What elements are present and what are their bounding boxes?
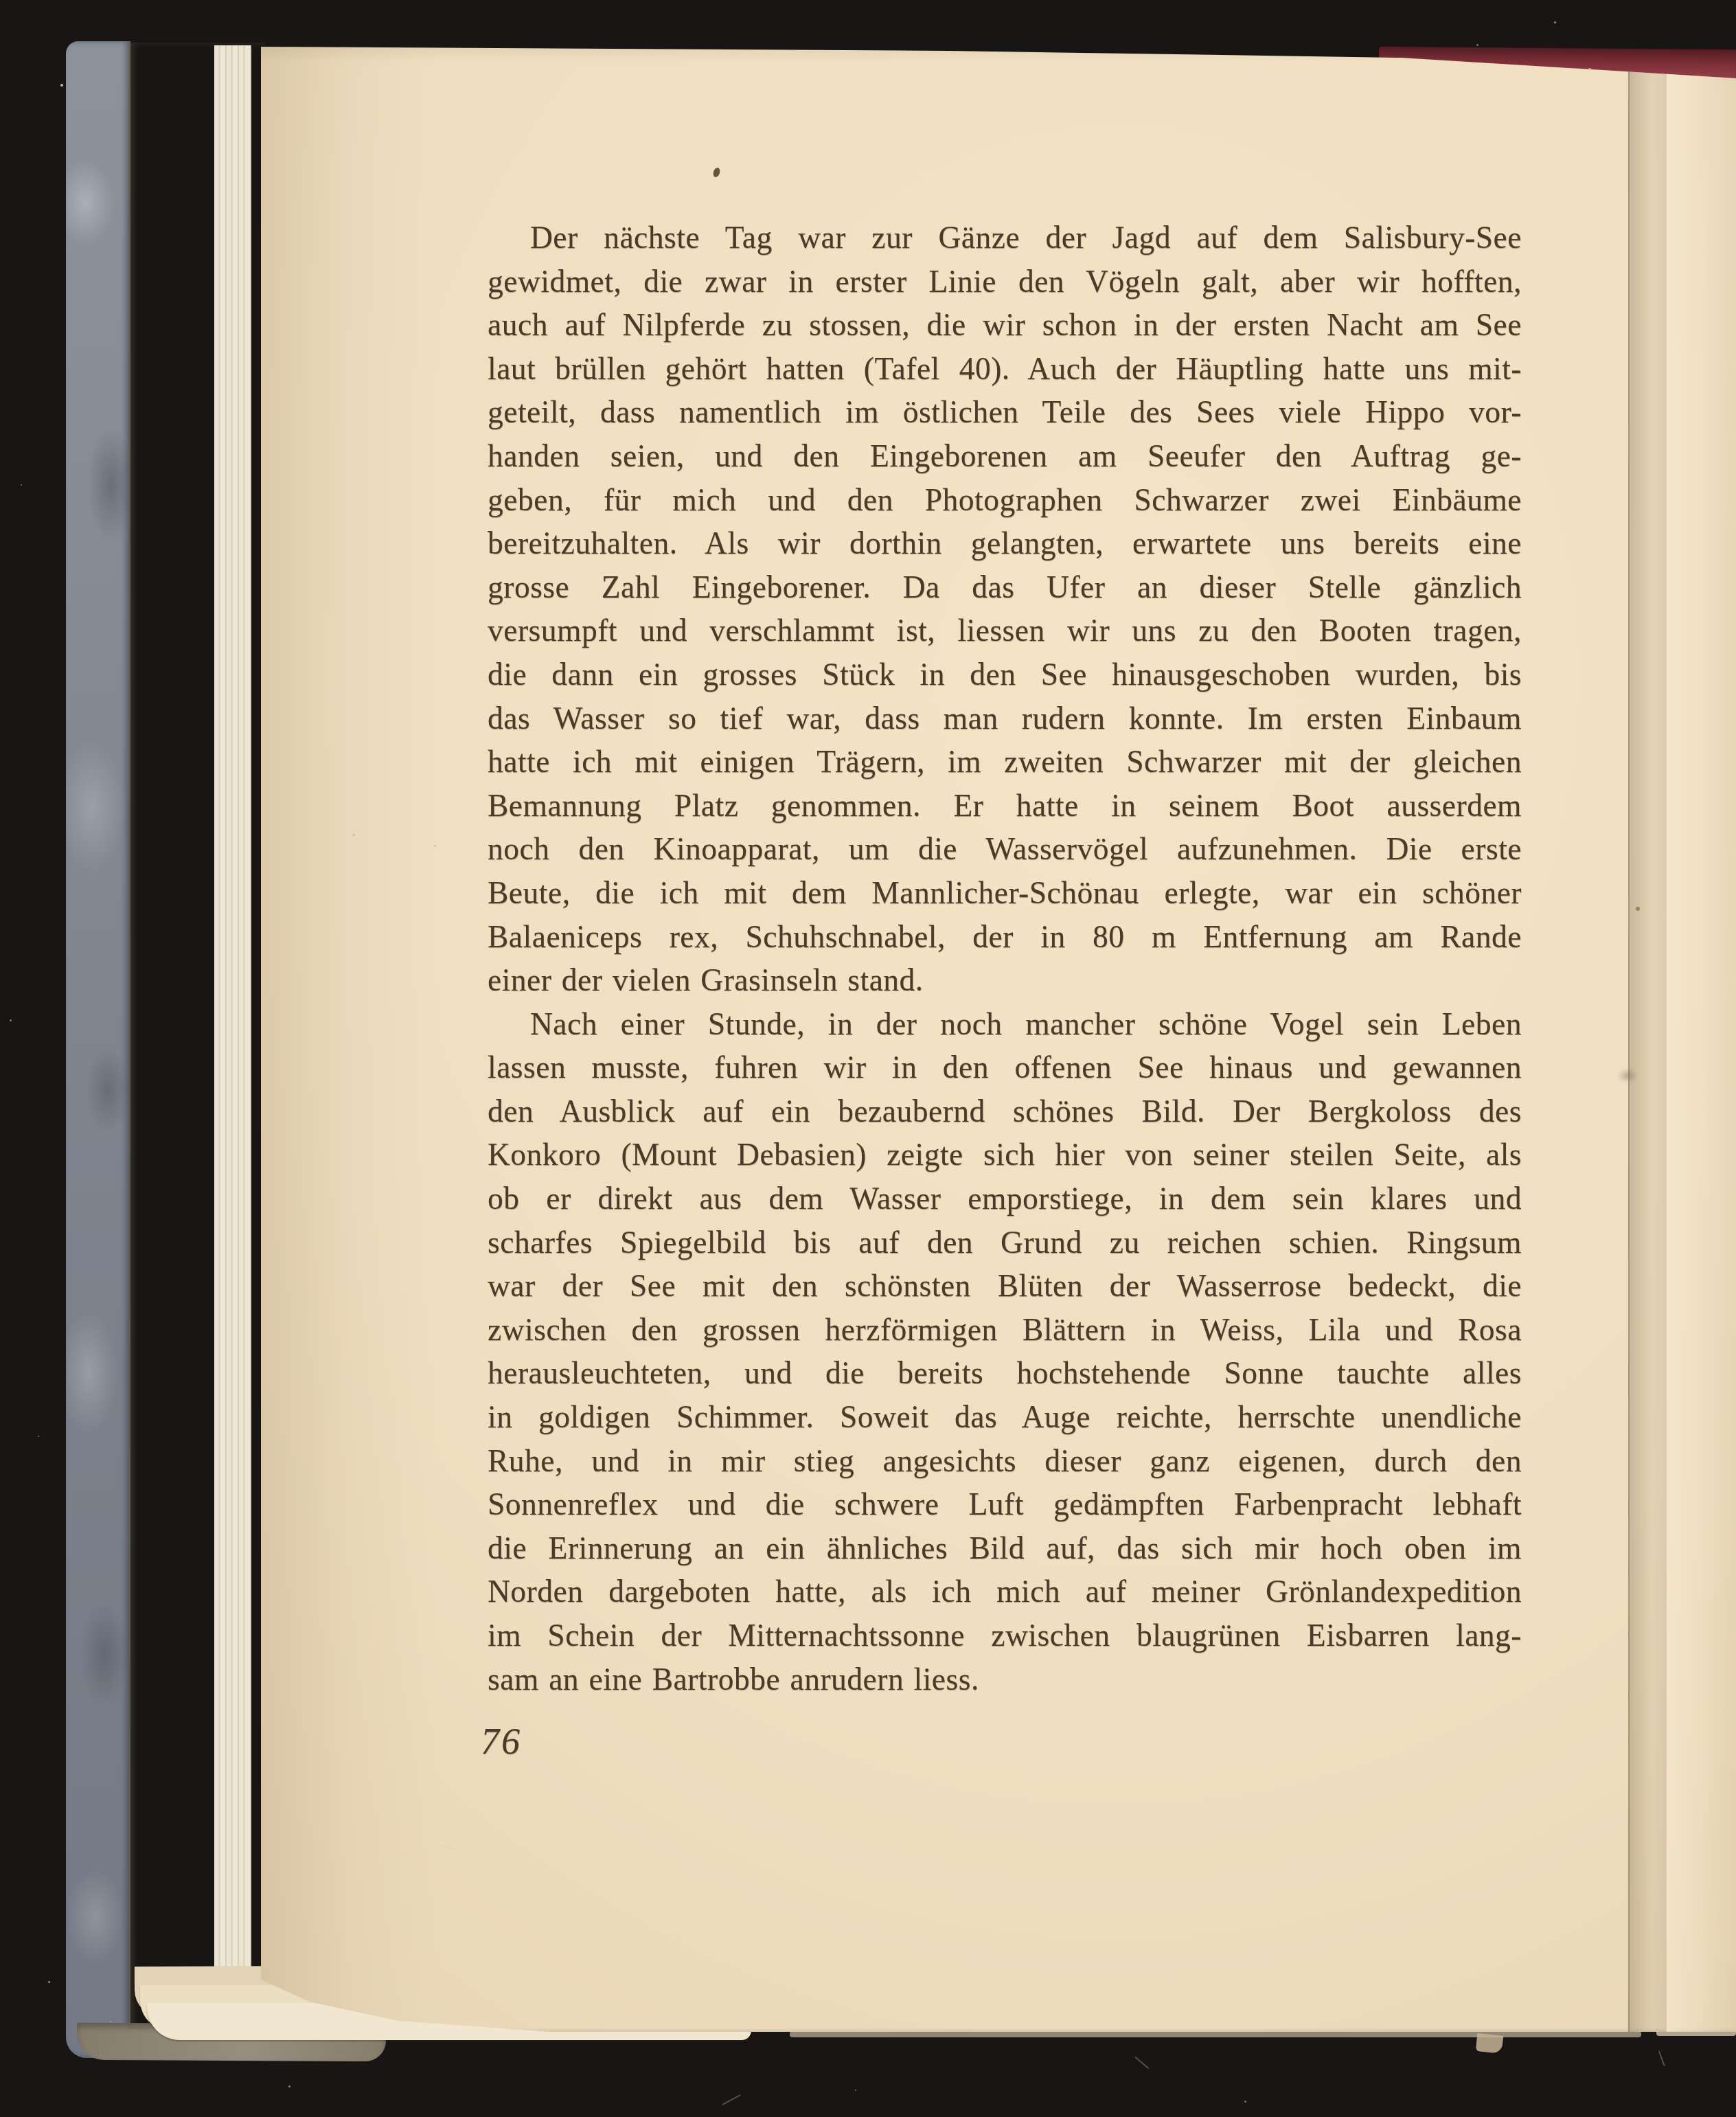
smudge-mark <box>1617 1069 1638 1083</box>
text-line: herausleuchteten, und die bereits hochst… <box>488 1351 1522 1395</box>
dust-speck <box>60 84 63 87</box>
text-line: Der nächste Tag war zur Gänze der Jagd a… <box>488 216 1522 260</box>
dust-speck <box>855 2090 856 2091</box>
text-line: Nach einer Stunde, in der noch mancher s… <box>488 1002 1522 1046</box>
text-line: sam an eine Bartrobbe anrudern liess. <box>488 1657 1522 1701</box>
text-line: zwischen den grossen herzförmigen Blätte… <box>488 1308 1522 1352</box>
dust-speck <box>1244 2101 1246 2103</box>
text-line: scharfes Spiegelbild bis auf den Grund z… <box>488 1221 1522 1265</box>
under-page-edge <box>790 2031 1641 2037</box>
page-number: 76 <box>481 1720 522 1763</box>
text-line: in goldigen Schimmer. Soweit das Auge re… <box>488 1395 1522 1439</box>
text-line: auch auf Nilpferde zu stossen, die wir s… <box>488 303 1522 347</box>
text-line: hatte ich mit einigen Trägern, im zweite… <box>488 740 1522 784</box>
text-line: bereitzuhalten. Als wir dorthin gelangte… <box>488 521 1522 565</box>
dust-speck <box>1588 68 1591 71</box>
gutter-shadow <box>1630 40 1667 2035</box>
dust-fiber <box>722 2094 740 2105</box>
dust-speck <box>21 484 22 486</box>
page-fore-edge-stack <box>128 43 265 2029</box>
text-block: Der nächste Tag war zur Gänze der Jagd a… <box>488 216 1522 1701</box>
text-line: war der See mit den schönsten Blüten der… <box>488 1264 1522 1308</box>
photo-of-open-book: Der nächste Tag war zur Gänze der Jagd a… <box>0 0 1736 2117</box>
text-line: geteilt, dass namentlich im östlichen Te… <box>488 390 1522 434</box>
dust-speck <box>288 2085 290 2087</box>
text-line: handen seien, und den Eingeborenen am Se… <box>488 434 1522 478</box>
text-line: geben, für mich und den Photographen Sch… <box>488 478 1522 522</box>
dust-fiber <box>1658 2050 1665 2066</box>
paper-fleck <box>352 834 355 836</box>
dust-speck <box>38 1436 39 1437</box>
text-line: ob er direkt aus dem Wasser emporstiege,… <box>488 1177 1522 1221</box>
text-line: die Erinnerung an ein ähnliches Bild auf… <box>488 1526 1522 1570</box>
paper-fleck <box>434 845 436 847</box>
dust-speck <box>48 1981 50 1983</box>
text-line: Balaeniceps rex, Schuhschnabel, der in 8… <box>488 915 1522 959</box>
text-line: versumpft und verschlammt ist, liessen w… <box>488 609 1522 653</box>
dust-fiber <box>1135 2057 1150 2069</box>
paper-fleck <box>1636 907 1640 911</box>
dust-speck <box>1476 44 1478 46</box>
ink-spot <box>712 167 721 178</box>
text-line: im Schein der Mitternachtssonne zwischen… <box>488 1614 1522 1657</box>
text-line: noch den Kinoapparat, um die Wasservögel… <box>488 827 1522 871</box>
text-line: einer der vielen Grasinseln stand. <box>488 958 1522 1002</box>
text-line: die dann ein grosses Stück in den See hi… <box>488 653 1522 697</box>
text-line: gewidmet, die zwar in erster Linie den V… <box>488 260 1522 304</box>
text-line: Ruhe, und in mir stieg angesichts dieser… <box>488 1439 1522 1483</box>
text-line: das Wasser so tief war, dass man rudern … <box>488 697 1522 740</box>
text-line: laut brüllen gehört hatten (Tafel 40). A… <box>488 347 1522 391</box>
text-line: Norden dargeboten hatte, als ich mich au… <box>488 1570 1522 1614</box>
dust-speck <box>10 1019 12 1021</box>
text-line: Konkoro (Mount Debasien) zeigte sich hie… <box>488 1133 1522 1177</box>
text-line: Sonnenreflex und die schwere Luft gedämp… <box>488 1482 1522 1526</box>
binding-shadow <box>261 40 439 2035</box>
book-page: Der nächste Tag war zur Gänze der Jagd a… <box>261 40 1736 2035</box>
text-line: lassen musste, fuhren wir in den offenen… <box>488 1045 1522 1089</box>
text-line: Beute, die ich mit dem Mannlicher-Schöna… <box>488 871 1522 915</box>
text-line: den Ausblick auf ein bezaubernd schönes … <box>488 1089 1522 1133</box>
facing-page-edge <box>1667 40 1736 2035</box>
gutter-crease <box>1628 40 1630 2035</box>
dust-speck <box>1554 21 1556 23</box>
dust-speck <box>110 2021 111 2022</box>
dust-speck <box>676 1934 678 1936</box>
page-edge-highlight <box>214 45 251 2024</box>
text-line: Bemannung Platz genommen. Er hatte in se… <box>488 784 1522 828</box>
torn-paper-tab <box>1476 2033 1504 2054</box>
book-cover-fore-edge <box>66 41 130 2058</box>
text-line: grosse Zahl Eingeborener. Da das Ufer an… <box>488 565 1522 609</box>
dust-speck <box>1696 1817 1698 1818</box>
